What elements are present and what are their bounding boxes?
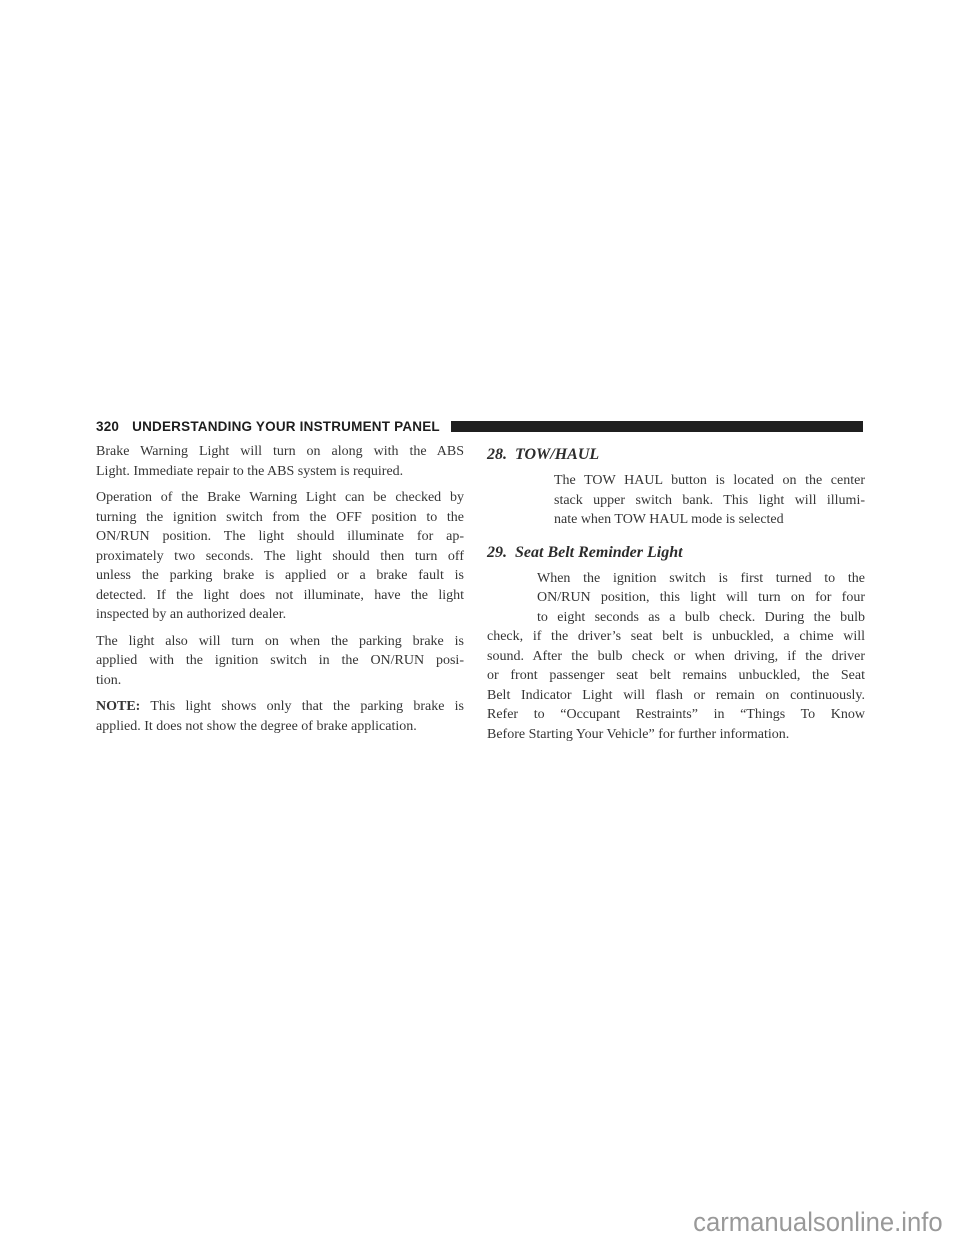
text-line: Refer to “Occupant Restraints” in “Thing… [487,705,865,725]
text-line: unless the parking brake is applied or a… [96,566,464,586]
text-line: Belt Indicator Light will flash or remai… [487,686,865,706]
text-line: ON/RUN position, this light will turn on… [537,588,865,608]
text-line: check, if the driver’s seat belt is unbu… [487,627,865,647]
item-29-paragraph: When the ignition switch is first turned… [487,569,865,745]
note-label: NOTE: [96,699,140,714]
text-line: inspected by an authorized dealer. [96,605,464,625]
page-number: 320 [96,419,119,434]
text-line: applied with the ignition switch in the … [96,651,464,671]
header-rule-bar [451,421,863,432]
left-column: Brake Warning Light will turn on along w… [96,442,464,736]
text-line: ON/RUN position. The light should illumi… [96,527,464,547]
text-line: turning the ignition switch from the OFF… [96,508,464,528]
text-line: Before Starting Your Vehicle” for furthe… [487,725,865,745]
page-header: 320 UNDERSTANDING YOUR INSTRUMENT PANEL [96,418,863,434]
text-line: stack upper switch bank. This light will… [554,491,865,511]
item-29-heading: 29. Seat Belt Reminder Light [487,543,865,563]
text-line: detected. If the light does not illumina… [96,586,464,606]
text-line: tion. [96,671,464,691]
watermark-text: carmanualsonline.info [693,1209,943,1236]
section-title: UNDERSTANDING YOUR INSTRUMENT PANEL [132,419,440,434]
right-column: 28. TOW/HAUL The TOW HAUL button is loca… [487,442,865,744]
note-text: This light shows only that the parking b… [140,699,464,714]
paragraph-note: NOTE: This light shows only that the par… [96,697,464,736]
text-line: The TOW HAUL button is located on the ce… [554,471,865,491]
item-title: Seat Belt Reminder Light [515,543,683,563]
text-line: NOTE: This light shows only that the par… [96,697,464,717]
paragraph-brake-warning: Brake Warning Light will turn on along w… [96,442,464,481]
item-number: 28. [487,445,515,465]
text-line: to eight seconds as a bulb check. During… [537,608,865,628]
paragraph-operation-check: Operation of the Brake Warning Light can… [96,488,464,625]
text-line: applied. It does not show the degree of … [96,717,464,737]
text-line: Brake Warning Light will turn on along w… [96,442,464,462]
text-line: or front passenger seat belt remains unb… [487,666,865,686]
text-line: Light. Immediate repair to the ABS syste… [96,462,464,482]
text-line: nate when TOW HAUL mode is selected [554,510,865,530]
item-title: TOW/HAUL [515,445,599,465]
text-line: Operation of the Brake Warning Light can… [96,488,464,508]
text-line: proximately two seconds. The light shoul… [96,547,464,567]
item-28-heading: 28. TOW/HAUL [487,445,865,465]
text-line: sound. After the bulb check or when driv… [487,647,865,667]
paragraph-parking-brake: The light also will turn on when the par… [96,632,464,691]
manual-page: 320 UNDERSTANDING YOUR INSTRUMENT PANEL … [0,0,960,1242]
item-28-paragraph: The TOW HAUL button is located on the ce… [487,471,865,530]
text-line: When the ignition switch is first turned… [537,569,865,589]
item-number: 29. [487,543,515,563]
text-line: The light also will turn on when the par… [96,632,464,652]
